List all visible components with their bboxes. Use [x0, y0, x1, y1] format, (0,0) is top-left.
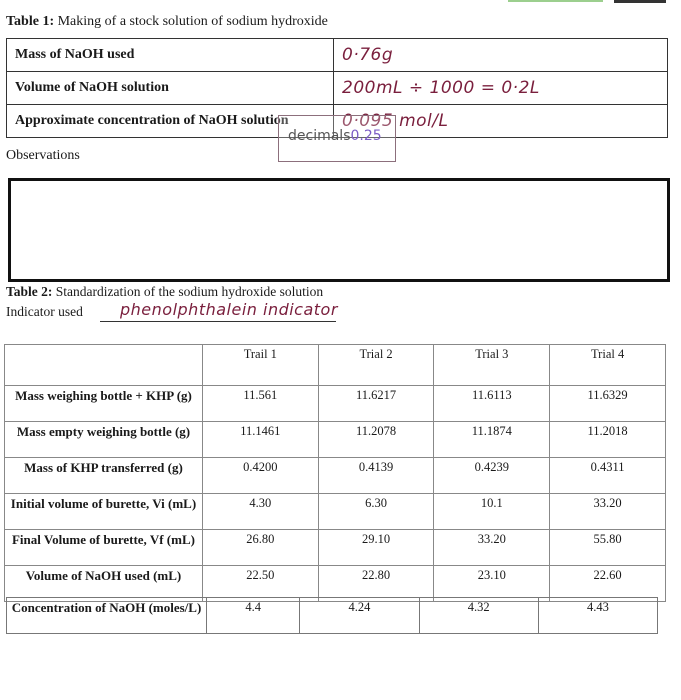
column-header: Trial 3 — [434, 345, 550, 386]
mass-naoh-field[interactable]: 0·76g — [334, 39, 668, 72]
table-cell: 0.4311 — [550, 458, 666, 494]
indicator-label: Indicator used — [6, 304, 83, 320]
table-cell: 11.1874 — [434, 422, 550, 458]
observations-label: Observations — [6, 148, 80, 164]
table-row: Initial volume of burette, Vi (mL) 4.30 … — [5, 494, 666, 530]
top-edge-artifact-dark — [614, 0, 666, 3]
table-cell: 55.80 — [550, 530, 666, 566]
table-row: Mass empty weighing bottle (g) 11.1461 1… — [5, 422, 666, 458]
observations-box[interactable] — [8, 178, 670, 282]
indicator-value[interactable]: phenolphthalein indicator — [120, 300, 338, 319]
table1-caption: Table 1: Making of a stock solution of s… — [6, 14, 328, 30]
column-header: Trial 4 — [550, 345, 666, 386]
table-cell: 33.20 — [434, 530, 550, 566]
table-cell: 11.6217 — [318, 386, 434, 422]
table-cell: 4.43 — [538, 598, 657, 634]
row-label: Mass of KHP transferred (g) — [5, 458, 203, 494]
table-cell: 10.1 — [434, 494, 550, 530]
table-cell: 0.4139 — [318, 458, 434, 494]
volume-naoh-field[interactable]: 200mL ÷ 1000 = 0·2L — [334, 72, 668, 105]
decimals-label: decimals — [288, 128, 351, 144]
row-label: Mass weighing bottle + KHP (g) — [5, 386, 203, 422]
table-cell: 11.2018 — [550, 422, 666, 458]
row-label: Mass of NaOH used — [7, 39, 334, 72]
table-cell: 11.561 — [202, 386, 318, 422]
standardization-table: Trail 1 Trial 2 Trial 3 Trial 4 Mass wei… — [4, 344, 666, 602]
table-row: Final Volume of burette, Vf (mL) 26.80 2… — [5, 530, 666, 566]
table-row: Volume of NaOH solution 200mL ÷ 1000 = 0… — [7, 72, 668, 105]
table-cell: 4.32 — [419, 598, 538, 634]
header-empty-cell — [5, 345, 203, 386]
table2-caption-text: Standardization of the sodium hydroxide … — [56, 284, 323, 299]
top-edge-artifact-green — [508, 0, 603, 2]
table-cell: 33.20 — [550, 494, 666, 530]
handwritten-value: 200mL ÷ 1000 = 0·2L — [342, 78, 540, 98]
table-cell: 4.24 — [300, 598, 419, 634]
table-cell: 11.6113 — [434, 386, 550, 422]
indicator-underline — [100, 321, 336, 322]
table-row: Mass weighing bottle + KHP (g) 11.561 11… — [5, 386, 666, 422]
table-cell: 4.4 — [207, 598, 300, 634]
table-cell: 0.4200 — [202, 458, 318, 494]
handwritten-value: 0·76g — [342, 45, 393, 65]
row-label: Mass empty weighing bottle (g) — [5, 422, 203, 458]
decimals-overlay-text: decimals0.25 — [288, 128, 382, 144]
table1-caption-bold: Table 1: — [6, 14, 54, 29]
column-header: Trial 2 — [318, 345, 434, 386]
table-cell: 11.2078 — [318, 422, 434, 458]
table-cell: 0.4239 — [434, 458, 550, 494]
table-header-row: Trail 1 Trial 2 Trial 3 Trial 4 — [5, 345, 666, 386]
table1-caption-text: Making of a stock solution of sodium hyd… — [58, 14, 328, 29]
table-cell: 26.80 — [202, 530, 318, 566]
row-label: Final Volume of burette, Vf (mL) — [5, 530, 203, 566]
decimals-value: 0.25 — [351, 128, 382, 144]
column-header: Trail 1 — [202, 345, 318, 386]
row-label: Initial volume of burette, Vi (mL) — [5, 494, 203, 530]
table-cell: 11.1461 — [202, 422, 318, 458]
table-row: Mass of NaOH used 0·76g — [7, 39, 668, 72]
table2-caption: Table 2: Standardization of the sodium h… — [6, 284, 323, 300]
table-cell: 4.30 — [202, 494, 318, 530]
row-label: Concentration of NaOH (moles/L) — [7, 598, 207, 634]
concentration-table: Concentration of NaOH (moles/L) 4.4 4.24… — [6, 597, 658, 634]
table-cell: 11.6329 — [550, 386, 666, 422]
table-cell: 6.30 — [318, 494, 434, 530]
table-row: Mass of KHP transferred (g) 0.4200 0.413… — [5, 458, 666, 494]
table2-caption-bold: Table 2: — [6, 284, 52, 299]
table-cell: 29.10 — [318, 530, 434, 566]
row-label: Volume of NaOH solution — [7, 72, 334, 105]
table-row: Concentration of NaOH (moles/L) 4.4 4.24… — [7, 598, 658, 634]
